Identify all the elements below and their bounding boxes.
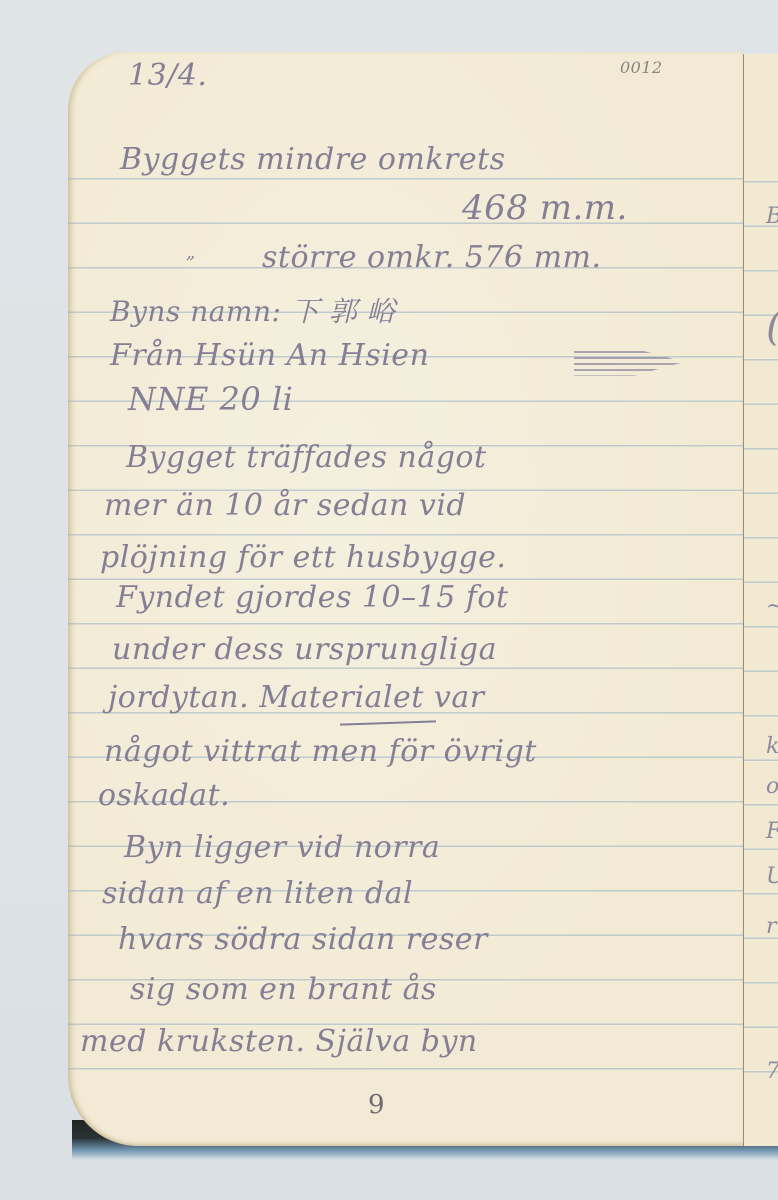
handwritten-line: plöjning för ett husbygge. [100,540,506,575]
facing-page-fragment: o [766,774,778,799]
handwritten-line: sidan af en liten dal [102,876,413,911]
facing-page-fragment: ( [766,304,778,350]
handwritten-line: 468 m.m. [462,188,628,228]
handwritten-line: mer än 10 år sedan vid [104,488,466,523]
facing-page-fragment: F [766,819,778,844]
entry-date: 13/4. [128,58,207,93]
handwritten-line: hvars södra sidan reser [118,922,488,957]
facing-page-fragment: U [766,864,778,889]
facing-page-fragment: k [766,734,778,759]
handwritten-line: Bygget träffades något [126,440,487,475]
facing-page-fragment: 7 [766,1059,778,1084]
handwritten-line: Byggets mindre omkrets [120,142,506,177]
handwritten-line: Från Hsün An Hsien [110,338,429,373]
handwritten-line: NNE 20 li [128,380,293,418]
handwritten-line: större omkr. 576 mm. [262,240,602,275]
folio-number: 0012 [620,58,663,77]
handwritten-line: med kruksten. Själva byn [80,1024,478,1059]
handwritten-line: något vittrat men för övrigt [104,734,537,769]
handwritten-line: Byn ligger vid norra [124,830,440,865]
handwritten-line: under dess ursprungliga [112,632,497,667]
handwritten-line: sig som en brant ås [130,972,437,1007]
handwritten-line: Fyndet gjordes 10–15 fot [116,580,509,615]
facing-page-fragment: r [766,914,777,939]
facing-page-edge: B ( ~ k o F U r 7 [743,54,778,1146]
facing-page-fragment: B [766,204,778,229]
page-number: 9 [368,1090,385,1120]
facing-page-fragment: ~ [766,594,778,619]
handwritten-line: Byns namn: 下 郭 峪 [110,290,395,330]
handwritten-line: oskadat. [98,778,230,813]
handwritten-line: jordytan. Materialet var [108,680,485,715]
ditto-mark: „ [186,242,196,263]
